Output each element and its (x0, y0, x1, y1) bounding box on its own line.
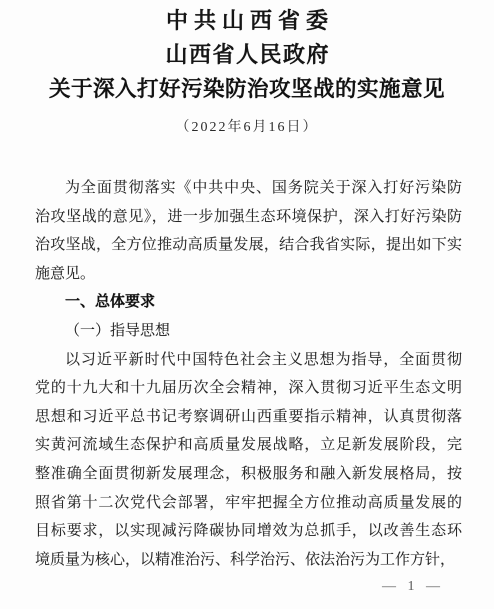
body-text-line: 思想和习近平总书记考察调研山西重要指示精神，认真贯彻落 (35, 403, 462, 432)
body-text-line: 党的十九大和十九届历次全会精神，深入贯彻习近平生态文明 (35, 374, 462, 403)
section-heading: 一、总体要求 (35, 288, 462, 317)
body-text-line: 治攻坚战的意见》，进一步加强生态环境保护，深入打好污染防 (35, 203, 462, 232)
document-page: 中共山西省委 山西省人民政府 关于深入打好污染防治攻坚战的实施意见 （2022年… (0, 0, 494, 609)
document-body: 为全面贯彻落实《中共中央、国务院关于深入打好污染防治攻坚战的意见》，进一步加强生… (35, 174, 462, 574)
document-header: 中共山西省委 山西省人民政府 关于深入打好污染防治攻坚战的实施意见 (0, 0, 494, 106)
body-text-line: 整准确全面贯彻新发展理念，积极服务和融入新发展格局，按 (35, 460, 462, 489)
body-text-line: 为全面贯彻落实《中共中央、国务院关于深入打好污染防 (35, 174, 462, 203)
document-date: （2022年6月16日） (0, 118, 494, 138)
body-text-line: 施意见。 (35, 260, 462, 289)
body-text-line: 治攻坚战，全方位推动高质量发展，结合我省实际，提出如下实 (35, 231, 462, 260)
body-text-line: 以习近平新时代中国特色社会主义思想为指导，全面贯彻 (35, 346, 462, 375)
issuing-org-line-2: 山西省人民政府 (0, 38, 494, 72)
body-text-line: 实黄河流域生态保护和高质量发展战略，立足新发展阶段，完 (35, 431, 462, 460)
issuing-org-line-1: 中共山西省委 (0, 4, 494, 38)
body-text-line: 目标要求，以实现减污降碳协同增效为总抓手，以改善生态环 (35, 517, 462, 546)
body-text-line: 照省第十二次党代会部署，牢牢把握全方位推动高质量发展的 (35, 489, 462, 518)
subsection-heading: （一）指导思想 (35, 317, 462, 346)
page-number: — 1 — (382, 579, 444, 595)
body-text-line: 境质量为核心，以精准治污、科学治污、依法治污为工作方针， (35, 546, 462, 575)
document-title: 关于深入打好污染防治攻坚战的实施意见 (0, 72, 494, 106)
